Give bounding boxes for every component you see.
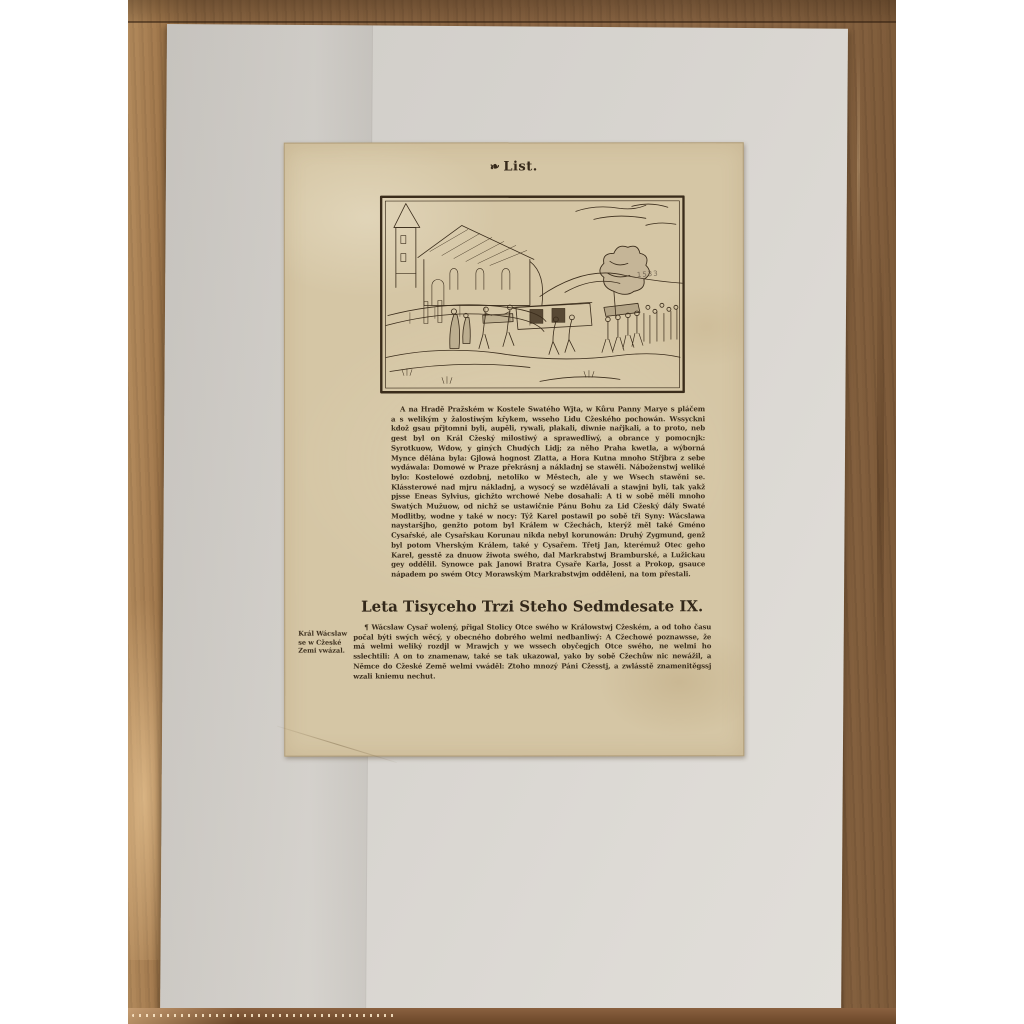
- wood-grain-highlight: [857, 50, 860, 280]
- mat-board: ❧List.: [160, 24, 848, 1013]
- funeral-procession-woodcut: [380, 195, 685, 393]
- antique-leaf: ❧List.: [284, 142, 745, 756]
- stitch-dots: [132, 1014, 398, 1017]
- year-headline-1379: Leta Tisyceho Trzi Steho Sedmdesate IX.: [351, 597, 713, 615]
- pencil-mark: 1533: [637, 270, 659, 280]
- printers-leaf-ornament-icon: ❧: [488, 159, 501, 175]
- photo-scene: ❧List.: [0, 0, 1024, 1024]
- wood-top-shade: [128, 0, 896, 22]
- marginal-note: Král Wácslaw se w Cžeské Zemi vwázal.: [298, 630, 349, 656]
- wooden-table: ❧List.: [128, 0, 896, 1024]
- folio-label: List.: [503, 159, 537, 174]
- wood-grain-streak: [877, 250, 884, 720]
- woodcut-illustration: [380, 195, 685, 393]
- folio-heading: ❧List.: [285, 159, 743, 174]
- plank-gap-line: [128, 21, 896, 23]
- paragraph-wenceslas: ¶ Wácslaw Cysař wolený, přigal Stolicy O…: [353, 622, 711, 681]
- table-edge-strip: [128, 1008, 896, 1024]
- paragraph-1378-funeral: A na Hradě Pražském w Kostele Swatého Wj…: [391, 404, 705, 579]
